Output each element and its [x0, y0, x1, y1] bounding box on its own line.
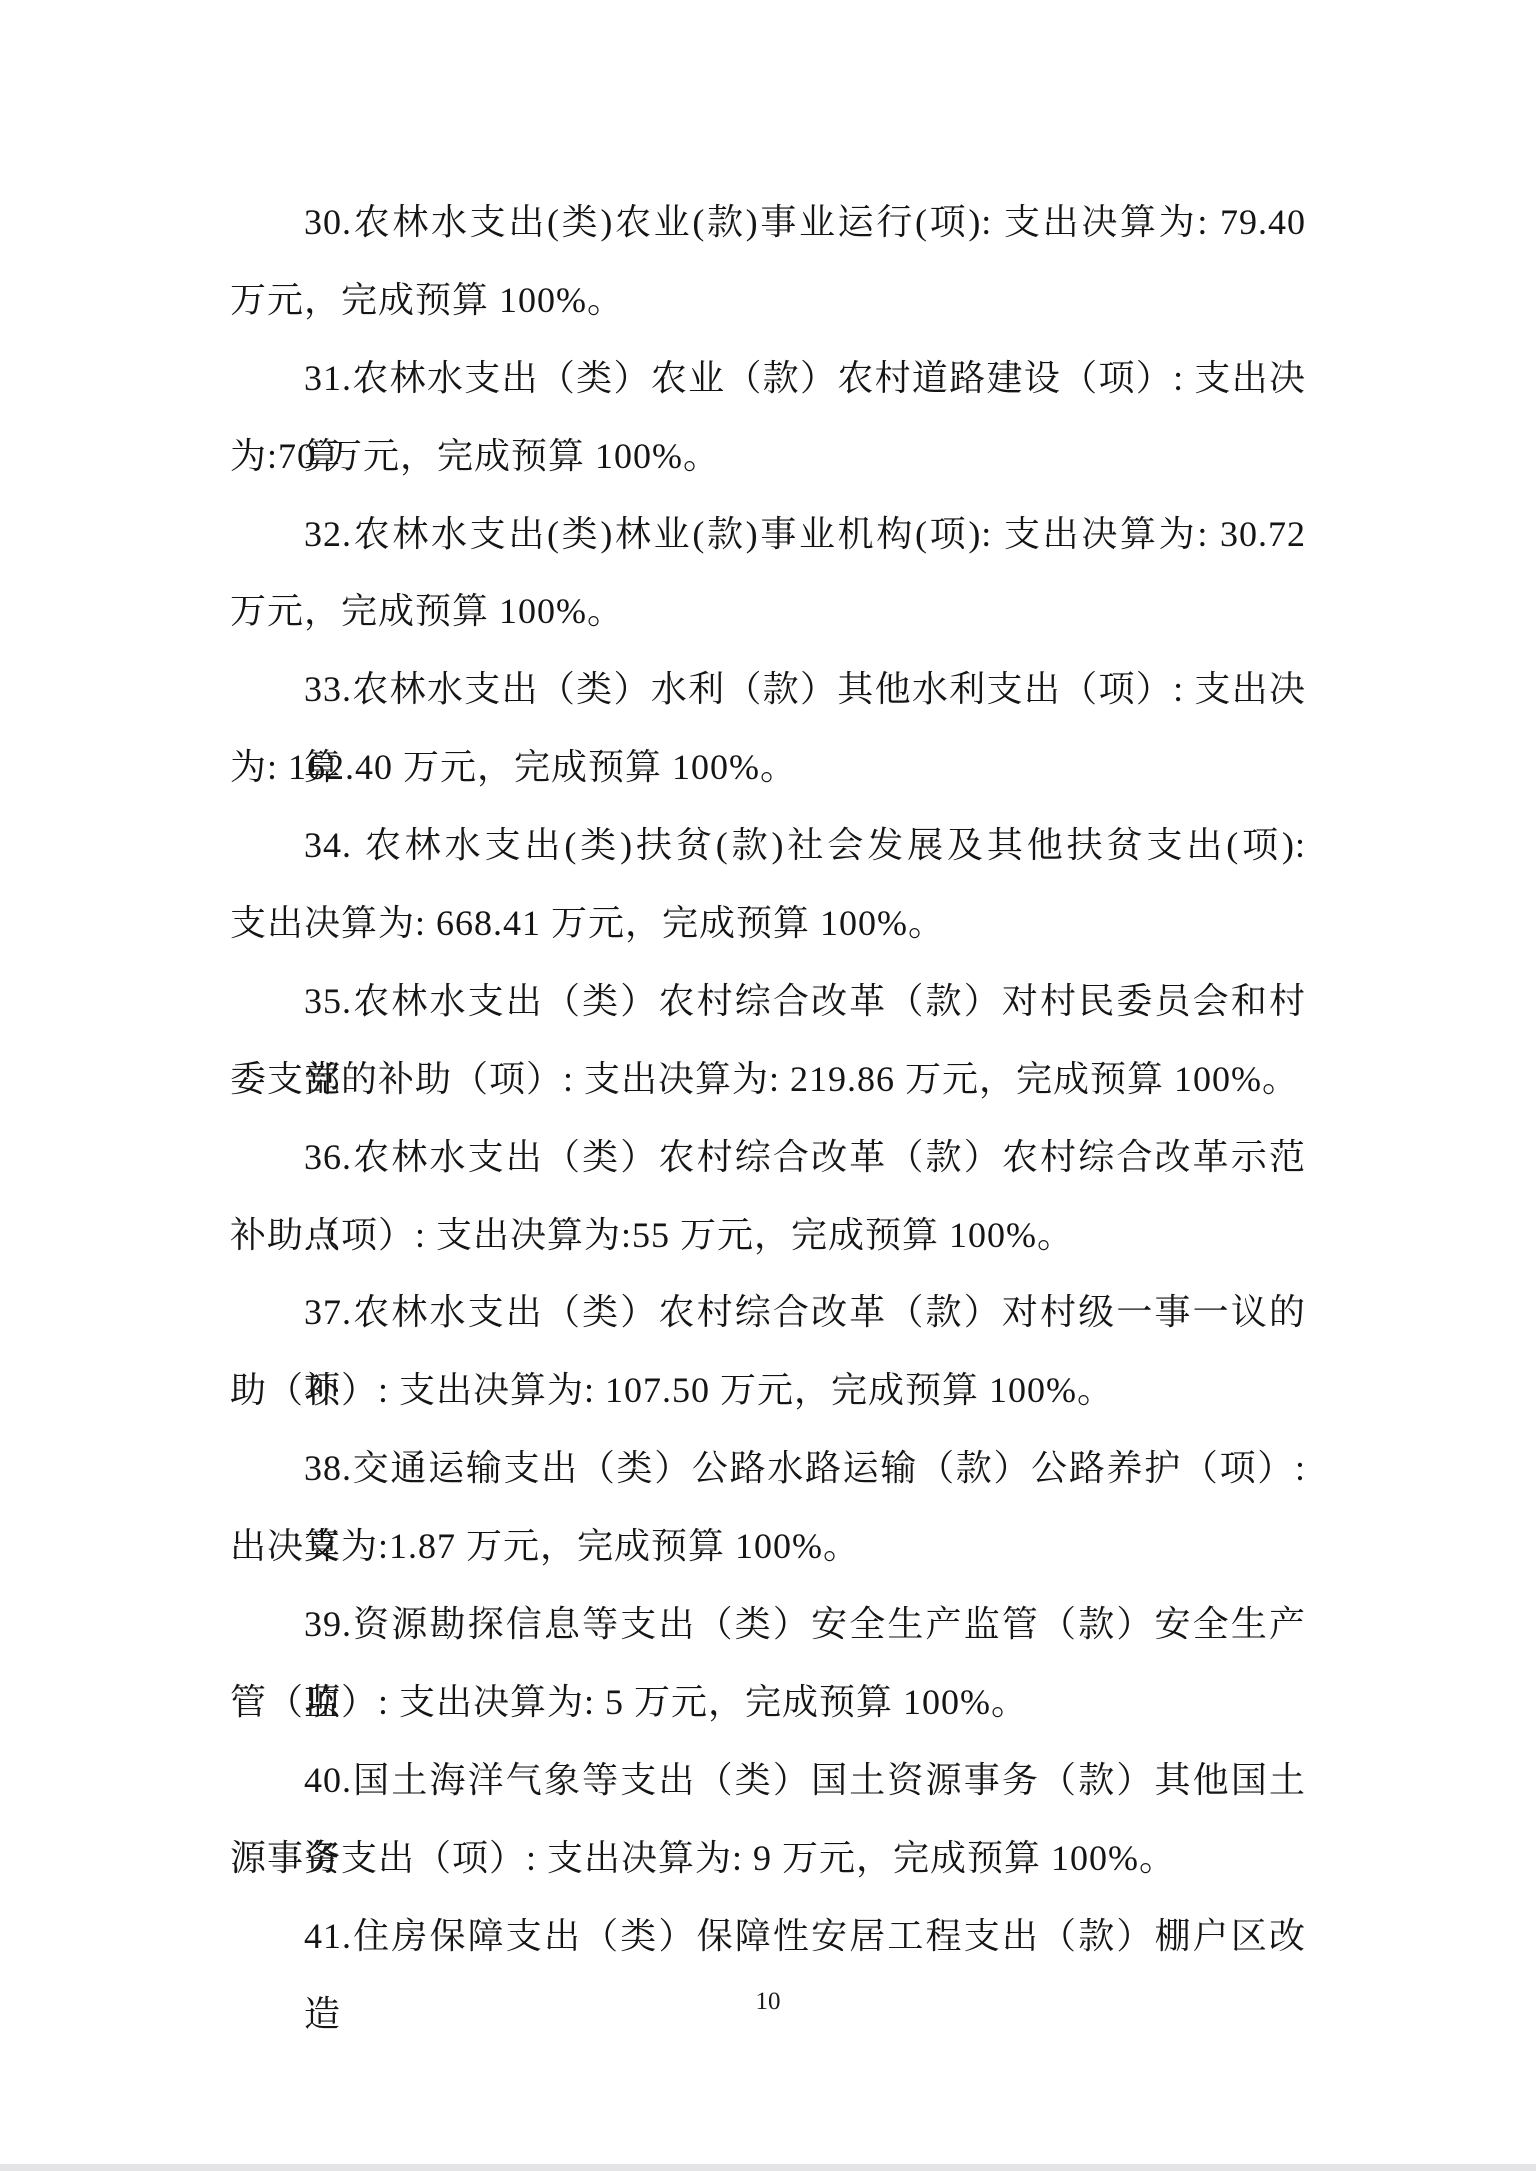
- paragraph-30-line-2: 万元，完成预算 100%。: [230, 262, 1306, 340]
- paragraph-38-line-1: 38.交通运输支出（类）公路水路运输（款）公路养护（项）: 支: [230, 1430, 1306, 1508]
- paragraph-40-line-2: 源事务支出（项）: 支出决算为: 9 万元，完成预算 100%。: [230, 1820, 1306, 1898]
- page-bottom-edge: [0, 2164, 1536, 2171]
- paragraph-36-line-2: 补助（项）: 支出决算为:55 万元，完成预算 100%。: [230, 1197, 1306, 1275]
- paragraph-34-line-1: 34. 农林水支出(类)扶贫(款)社会发展及其他扶贫支出(项):: [230, 807, 1306, 885]
- paragraph-36-line-1: 36.农林水支出（类）农村综合改革（款）农村综合改革示范点: [230, 1119, 1306, 1197]
- paragraph-35-line-1: 35.农林水支出（类）农村综合改革（款）对村民委员会和村党: [230, 963, 1306, 1041]
- paragraph-33-line-2: 为: 162.40 万元，完成预算 100%。: [230, 729, 1306, 807]
- paragraph-32-line-1: 32.农林水支出(类)林业(款)事业机构(项): 支出决算为: 30.72: [230, 496, 1306, 574]
- body-text: 30.农林水支出(类)农业(款)事业运行(项): 支出决算为: 79.40 万元…: [230, 184, 1306, 1975]
- paragraph-39-line-1: 39.资源勘探信息等支出（类）安全生产监管（款）安全生产监: [230, 1586, 1306, 1664]
- document-page: 30.农林水支出(类)农业(款)事业运行(项): 支出决算为: 79.40 万元…: [0, 0, 1536, 2171]
- paragraph-35-line-2: 委支部的补助（项）: 支出决算为: 219.86 万元，完成预算 100%。: [230, 1041, 1306, 1119]
- paragraph-31-line-2: 为:70 万元，完成预算 100%。: [230, 418, 1306, 496]
- paragraph-41-line-1: 41.住房保障支出（类）保障性安居工程支出（款）棚户区改造: [230, 1898, 1306, 1976]
- paragraph-40-line-1: 40.国土海洋气象等支出（类）国土资源事务（款）其他国土资: [230, 1742, 1306, 1820]
- paragraph-32-line-2: 万元，完成预算 100%。: [230, 573, 1306, 651]
- paragraph-34-line-2: 支出决算为: 668.41 万元，完成预算 100%。: [230, 885, 1306, 963]
- paragraph-33-line-1: 33.农林水支出（类）水利（款）其他水利支出（项）: 支出决算: [230, 651, 1306, 729]
- paragraph-39-line-2: 管（项）: 支出决算为: 5 万元，完成预算 100%。: [230, 1664, 1306, 1742]
- paragraph-30-line-1: 30.农林水支出(类)农业(款)事业运行(项): 支出决算为: 79.40: [230, 184, 1306, 262]
- page-number: 10: [0, 1988, 1536, 2016]
- paragraph-31-line-1: 31.农林水支出（类）农业（款）农村道路建设（项）: 支出决算: [230, 340, 1306, 418]
- paragraph-37-line-1: 37.农林水支出（类）农村综合改革（款）对村级一事一议的补: [230, 1274, 1306, 1352]
- paragraph-38-line-2: 出决算为:1.87 万元，完成预算 100%。: [230, 1508, 1306, 1586]
- paragraph-37-line-2: 助（项）: 支出决算为: 107.50 万元，完成预算 100%。: [230, 1352, 1306, 1430]
